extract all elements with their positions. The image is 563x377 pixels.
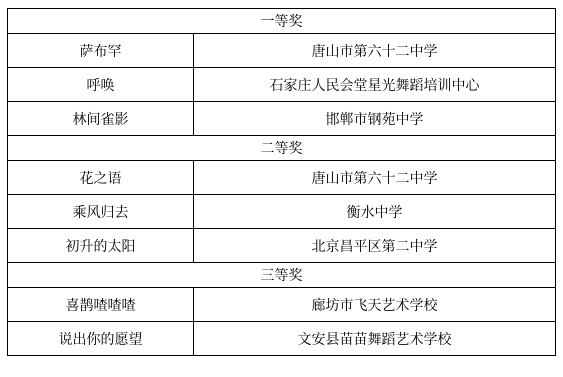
school-cell: 文安县苗苗舞蹈艺术学校: [194, 322, 556, 356]
program-cell: 喜鹊喳喳喳: [8, 288, 194, 322]
table-row: 喜鹊喳喳喳 廊坊市飞天艺术学校: [8, 288, 556, 322]
school-cell: 衡水中学: [194, 195, 556, 229]
school-cell: 邯郸市钢苑中学: [194, 102, 556, 136]
school-cell: 北京昌平区第二中学: [194, 229, 556, 263]
section-header-row-first-prize: 一等奖: [8, 9, 556, 34]
awards-table: 一等奖 萨布罕 唐山市第六十二中学 呼唤 石家庄人民会堂星光舞蹈培训中心 林间雀…: [7, 8, 556, 356]
program-cell: 林间雀影: [8, 102, 194, 136]
program-cell: 说出你的愿望: [8, 322, 194, 356]
table-row: 萨布罕 唐山市第六十二中学: [8, 34, 556, 68]
school-cell: 石家庄人民会堂星光舞蹈培训中心: [194, 68, 556, 102]
table-row: 说出你的愿望 文安县苗苗舞蹈艺术学校: [8, 322, 556, 356]
table-row: 林间雀影 邯郸市钢苑中学: [8, 102, 556, 136]
section-header-first-prize: 一等奖: [8, 9, 556, 34]
section-header-row-second-prize: 二等奖: [8, 136, 556, 161]
table-row: 花之语 唐山市第六十二中学: [8, 161, 556, 195]
school-cell: 唐山市第六十二中学: [194, 34, 556, 68]
school-cell: 廊坊市飞天艺术学校: [194, 288, 556, 322]
school-cell: 唐山市第六十二中学: [194, 161, 556, 195]
program-cell: 初升的太阳: [8, 229, 194, 263]
program-cell: 萨布罕: [8, 34, 194, 68]
program-cell: 呼唤: [8, 68, 194, 102]
section-header-third-prize: 三等奖: [8, 263, 556, 288]
program-cell: 乘风归去: [8, 195, 194, 229]
table-row: 初升的太阳 北京昌平区第二中学: [8, 229, 556, 263]
section-header-second-prize: 二等奖: [8, 136, 556, 161]
table-row: 乘风归去 衡水中学: [8, 195, 556, 229]
document-page: 一等奖 萨布罕 唐山市第六十二中学 呼唤 石家庄人民会堂星光舞蹈培训中心 林间雀…: [0, 0, 563, 377]
table-row: 呼唤 石家庄人民会堂星光舞蹈培训中心: [8, 68, 556, 102]
program-cell: 花之语: [8, 161, 194, 195]
section-header-row-third-prize: 三等奖: [8, 263, 556, 288]
